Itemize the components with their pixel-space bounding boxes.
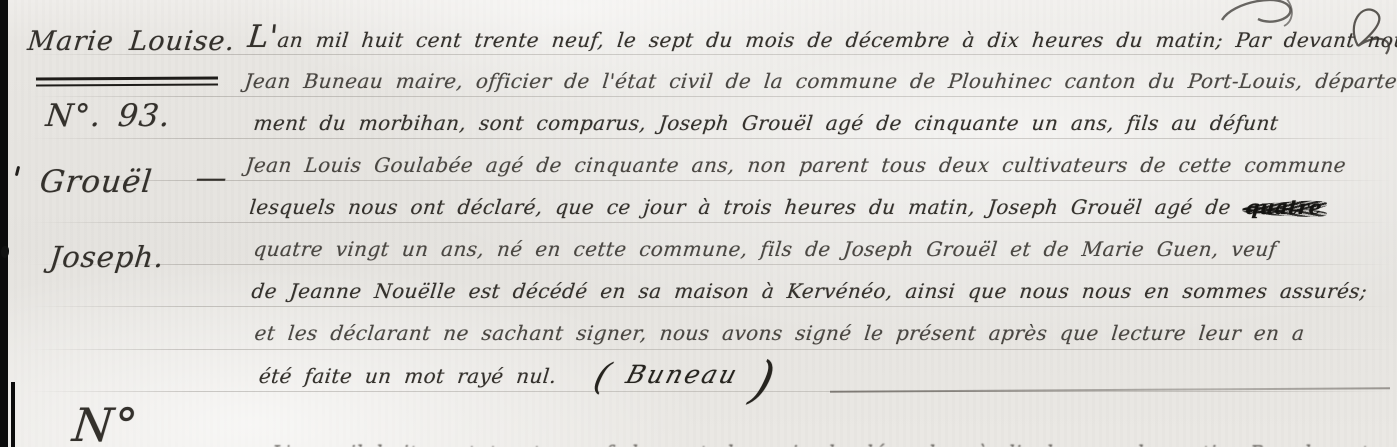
ruled-line — [30, 349, 1392, 350]
act-line-6: quatre vingt un ans, né en cette commune… — [252, 234, 1278, 264]
ruled-line — [30, 264, 1392, 265]
scan-edge-bar-left-lower — [11, 382, 15, 447]
act-line-3: ment du morbihan, sont comparus, Joseph … — [252, 108, 1280, 138]
scan-edge-bar-left — [0, 0, 8, 447]
act-line-9: été faite un mot rayé nul. ( Buneau ) — [257, 360, 776, 395]
signature-text: Buneau — [623, 360, 743, 389]
act-line-5-text: lesquels nous ont déclaré, que ce jour à… — [248, 195, 1232, 219]
civil-register-scan: Marie Louise. N°. 93. Grouël — Joseph. N… — [0, 0, 1397, 447]
struck-out-word: quatre — [1244, 195, 1323, 219]
act-line-4: Jean Louis Goulabée agé de cinquante ans… — [244, 150, 1348, 180]
ruled-line — [30, 306, 1392, 307]
act-line-2: Jean Buneau maire, officier de l'état ci… — [243, 66, 1397, 96]
ruled-line — [30, 138, 1392, 139]
next-record-partial-line: L'an mil huit cent trente neuf, le sept … — [272, 438, 1393, 447]
signature-open-paren: ( — [589, 357, 615, 398]
signature-close-paren: ) — [746, 351, 782, 409]
margin-deceased-given-name: Joseph. — [48, 240, 166, 274]
surname-text: Grouël — [38, 164, 154, 200]
margin-record-number: N°. 93. — [44, 98, 172, 134]
mayor-signature: ( Buneau ) — [590, 360, 779, 395]
act-line-9-text: été faite un mot rayé nul. — [258, 364, 558, 388]
act-line-7: de Jeanne Nouëlle est décédé en sa maiso… — [250, 276, 1369, 306]
act-line-5: lesquels nous ont déclaré, que ce jour à… — [248, 192, 1324, 222]
margin-separator-rule — [36, 77, 218, 87]
margin-previous-record-name: Marie Louise. — [26, 26, 237, 57]
act-line-8: et les déclarant ne sachant signer, nous… — [253, 318, 1306, 348]
act-line-1: L'an mil huit cent trente neuf, le sept … — [246, 22, 1397, 55]
margin-deceased-surname: Grouël — — [38, 164, 228, 200]
ruled-line — [30, 222, 1392, 223]
surname-dash: — — [194, 160, 229, 196]
ruled-line — [30, 180, 1392, 181]
ruled-line — [30, 96, 1392, 97]
margin-next-record-number: N° — [70, 398, 141, 447]
margin-tick-mark — [15, 166, 20, 176]
